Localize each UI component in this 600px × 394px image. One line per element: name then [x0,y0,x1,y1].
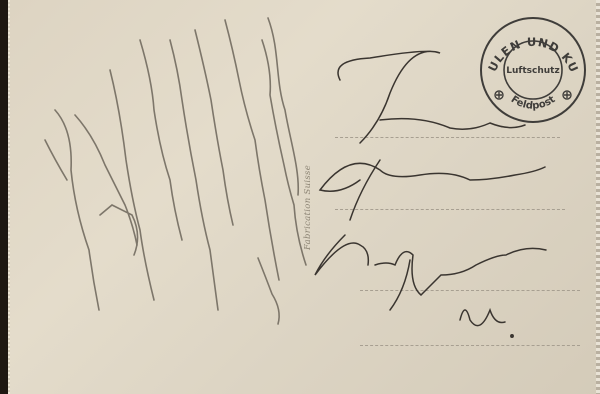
ink-address [315,51,546,337]
pencil-message [45,18,306,324]
handwriting-layer [0,0,600,394]
